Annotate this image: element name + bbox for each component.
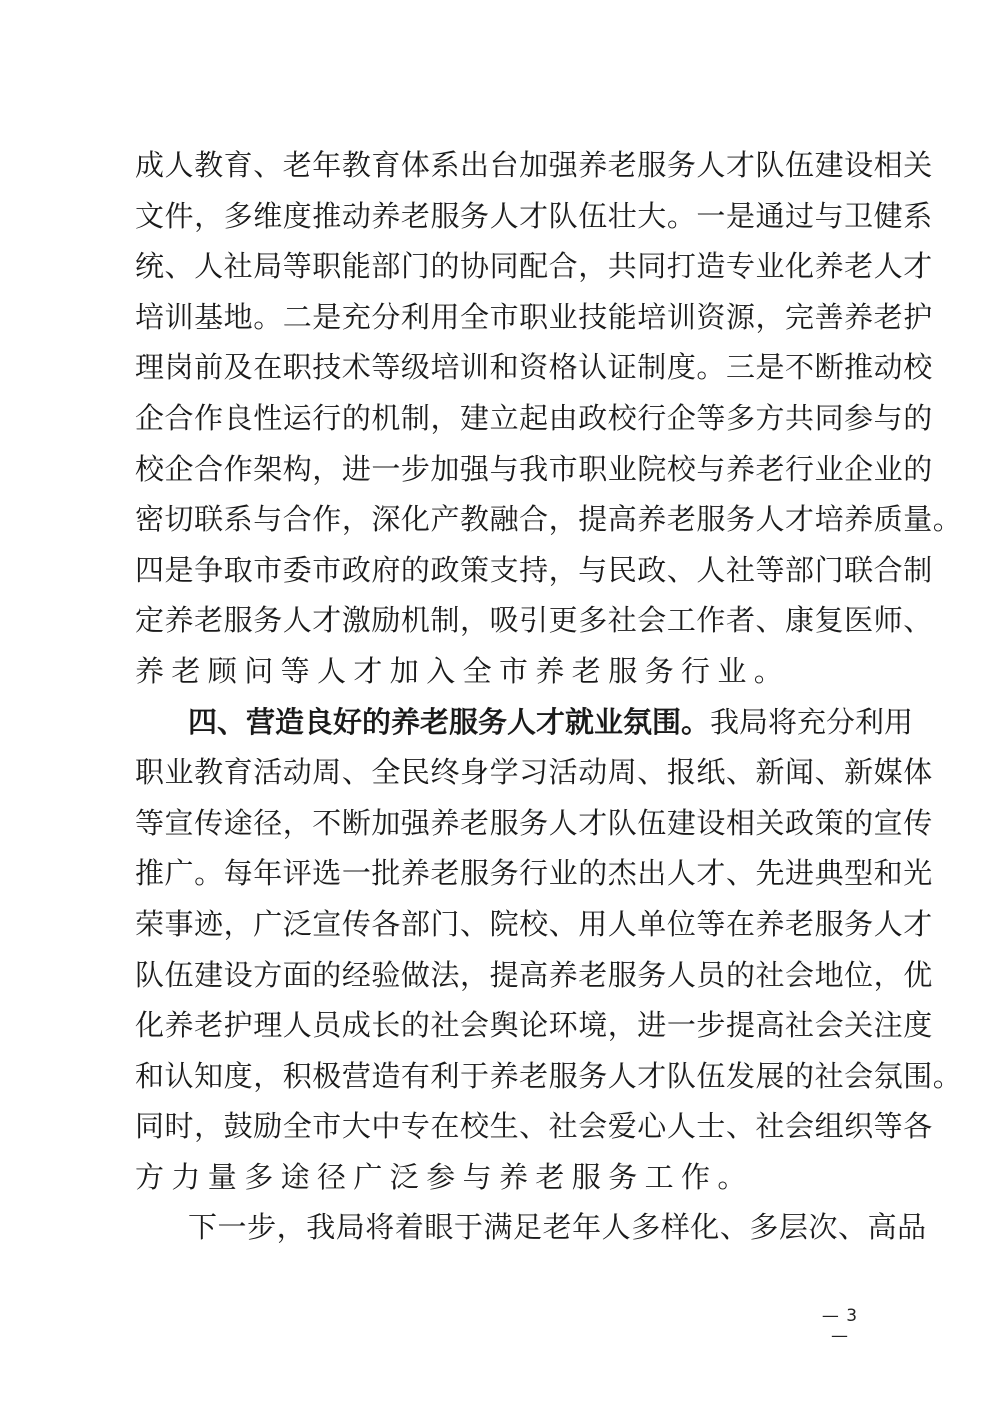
paragraph-line: 养老顾问等人才加入全市养老服务行业。 bbox=[135, 646, 865, 697]
section-4-lead-text: 我局将充分利用 bbox=[710, 705, 913, 739]
paragraph-line: 荣​ 事​ 迹​ ，​ 广​ 泛​ 宣​ 传​ 各​ 部​ 门​ 、​ 院​ 校… bbox=[135, 899, 865, 950]
section-4-first-line: 四、营造良好的养老服务人才就业氛围。我局将充分利用 bbox=[135, 697, 865, 748]
paragraph-line: 文​ 件​ ，​ 多​ 维​ 度​ 推​ 动​ 养​ 老​ 服​ 务​ 人​ 才… bbox=[135, 191, 865, 242]
paragraph-line: 职​ 业​ 教​ 育​ 活​ 动​ 周​ 、​ 全​ 民​ 终​ 身​ 学​ 习… bbox=[135, 747, 865, 798]
paragraph-line: 化​ 养​ 老​ 护​ 理​ 人​ 员​ 成​ 长​ 的​ 社​ 会​ 舆​ 论… bbox=[135, 1000, 865, 1051]
section-4-heading: 四、营造良好的养老服务人才就业氛围。 bbox=[188, 705, 710, 739]
paragraph-line: 同​ 时​ ，​ 鼓​ 励​ 全​ 市​ 大​ 中​ 专​ 在​ 校​ 生​ 、… bbox=[135, 1101, 865, 1152]
paragraph-line: 企​ 合​ 作​ 良​ 性​ 运​ 行​ 的​ 机​ 制​ ，​ 建​ 立​ 起… bbox=[135, 393, 865, 444]
paragraph-line: 密​ 切​ 联​ 系​ 与​ 合​ 作​ ，​ 深​ 化​ 产​ 教​ 融​ 合… bbox=[135, 494, 865, 545]
paragraph-line: 四​ 是​ 争​ 取​ 市​ 委​ 市​ 政​ 府​ 的​ 政​ 策​ 支​ 持… bbox=[135, 545, 865, 596]
document-page: 成​ 人​ 教​ 育​ 、​ 老​ 年​ 教​ 育​ 体​ 系​ 出​ 台​ 加… bbox=[0, 0, 1000, 1414]
paragraph-line: 成​ 人​ 教​ 育​ 、​ 老​ 年​ 教​ 育​ 体​ 系​ 出​ 台​ 加… bbox=[135, 140, 865, 191]
paragraph-line: 统​ 、​ 人​ 社​ 局​ 等​ 职​ 能​ 部​ 门​ 的​ 协​ 同​ 配… bbox=[135, 241, 865, 292]
next-step-line: 下​ 一​ 步​ ，​ 我​ 局​ 将​ 着​ 眼​ 于​ 满​ 足​ 老​ 年… bbox=[135, 1202, 865, 1253]
paragraph-line: 推​ 广​ 。​ 每​ 年​ 评​ 选​ 一​ 批​ 养​ 老​ 服​ 务​ 行… bbox=[135, 848, 865, 899]
paragraph-line: 培​ 训​ 基​ 地​ 。​ 二​ 是​ 充​ 分​ 利​ 用​ 全​ 市​ 职… bbox=[135, 292, 865, 343]
paragraph-line: 理​ 岗​ 前​ 及​ 在​ 职​ 技​ 术​ 等​ 级​ 培​ 训​ 和​ 资… bbox=[135, 342, 865, 393]
paragraph-line: 校​ 企​ 合​ 作​ 架​ 构​ ，​ 进​ 一​ 步​ 加​ 强​ 与​ 我… bbox=[135, 444, 865, 495]
paragraph-line: 和​ 认​ 知​ 度​ ，​ 积​ 极​ 营​ 造​ 有​ 利​ 于​ 养​ 老… bbox=[135, 1051, 865, 1102]
paragraph-line: 队​ 伍​ 建​ 设​ 方​ 面​ 的​ 经​ 验​ 做​ 法​ ，​ 提​ 高… bbox=[135, 950, 865, 1001]
page-number: — 3 — bbox=[810, 1306, 870, 1346]
paragraph-line: 等​ 宣​ 传​ 途​ 径​ ，​ 不​ 断​ 加​ 强​ 养​ 老​ 服​ 务… bbox=[135, 798, 865, 849]
body-text: 成​ 人​ 教​ 育​ 、​ 老​ 年​ 教​ 育​ 体​ 系​ 出​ 台​ 加… bbox=[135, 140, 865, 1253]
paragraph-line: 方力量多途径广泛参与养老服务工作。 bbox=[135, 1152, 865, 1203]
paragraph-line: 定​ 养​ 老​ 服​ 务​ 人​ 才​ 激​ 励​ 机​ 制​ ，​ 吸​ 引… bbox=[135, 595, 865, 646]
